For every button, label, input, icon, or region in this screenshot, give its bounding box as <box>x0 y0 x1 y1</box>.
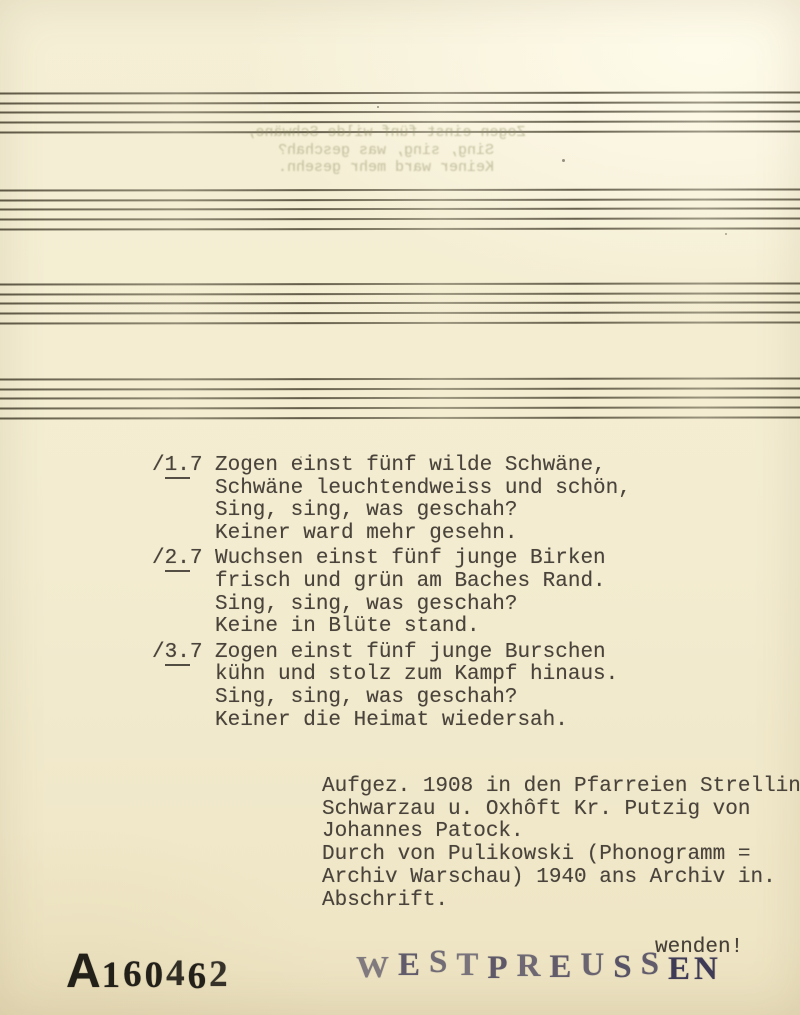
staff-line <box>0 111 800 114</box>
note-line: Archiv Warschau) 1940 ans Archiv in. <box>322 867 800 890</box>
archive-number-stamp: A160462 <box>66 944 231 999</box>
verse-line: Zogen einst fünf junge Burschen <box>215 642 618 665</box>
verse-line: Sing, sing, was geschah? <box>215 687 618 710</box>
verse-line: Sing, sing, was geschah? <box>215 594 606 617</box>
stamp-letter: E <box>398 947 429 984</box>
stamp-letter: R <box>517 948 550 985</box>
marker-close: 7 <box>190 454 203 477</box>
provenance-note: Aufgez. 1908 in den Pfarreien Strellin S… <box>322 776 800 912</box>
staff-line <box>0 198 800 201</box>
verse-1: /1.7 Zogen einst fünf wilde Schwäne, Sch… <box>152 455 631 545</box>
stamp-letter: 6 <box>188 955 210 998</box>
verse-line: Wuchsen einst fünf junge Birken <box>215 548 606 571</box>
paper-speck <box>300 456 302 458</box>
paper-speck <box>725 233 727 235</box>
stamp-letter: 2 <box>209 953 231 996</box>
staff-system <box>0 283 800 325</box>
stamp-letter: N <box>694 951 727 988</box>
verse-1-marker: /1.7 <box>152 455 215 478</box>
verse-2-marker: /2.7 <box>152 548 215 571</box>
bleedthrough-line: Keiner ward mehr gesehn. <box>168 159 604 177</box>
paper-speck <box>562 159 565 162</box>
note-line: Aufgez. 1908 in den Pfarreien Strellin <box>322 776 800 799</box>
note-line: Durch von Pulikowski (Phonogramm = <box>322 844 800 867</box>
note-line: Johannes Patock. <box>322 821 800 844</box>
stamp-letter: S <box>641 946 668 983</box>
marker-open: / <box>152 454 165 477</box>
staff-line <box>0 101 800 104</box>
marker-open: / <box>152 547 165 570</box>
stamp-letter: 0 <box>145 955 167 996</box>
staff-line <box>0 312 800 315</box>
staff-line <box>0 377 800 380</box>
bleedthrough-line: Sing, sing, was geschah? <box>168 142 604 160</box>
marker-number: 2. <box>165 547 190 572</box>
stamp-letter: E <box>668 951 694 988</box>
stamp-letter: 4 <box>166 952 188 995</box>
verse-line: kühn und stolz zum Kampf hinaus. <box>215 664 618 687</box>
stamp-letter: T <box>456 947 487 984</box>
stamp-letter: S <box>429 944 456 981</box>
staff-line <box>0 387 800 390</box>
verse-3: /3.7 Zogen einst fünf junge Burschen küh… <box>152 642 631 732</box>
verse-2-text: Wuchsen einst fünf junge Birken frisch u… <box>215 548 606 638</box>
marker-open: / <box>152 641 165 664</box>
verse-line: Sing, sing, was geschah? <box>215 500 631 523</box>
bleedthrough-line: Zogen einst fünf wilde Schwäne, <box>168 124 604 142</box>
staff-line <box>0 416 800 419</box>
staff-line <box>0 188 800 191</box>
staff-line <box>0 321 800 324</box>
verse-line: Keine in Blüte stand. <box>215 616 606 639</box>
verse-line: Zogen einst fünf wilde Schwäne, <box>215 455 631 478</box>
verse-line: frisch und grün am Baches Rand. <box>215 571 606 594</box>
stamp-letter: P <box>487 950 516 987</box>
staff-line <box>0 91 800 94</box>
westpreussen-stamp: WESTPREUSSEN <box>356 948 727 985</box>
staff-line <box>0 397 800 400</box>
verse-line: Keiner die Heimat wiedersah. <box>215 710 618 733</box>
bleedthrough-text: Zogen einst fünf wilde Schwäne, Sing, si… <box>168 124 604 177</box>
verse-3-text: Zogen einst fünf junge Burschen kühn und… <box>215 642 618 732</box>
staff-line <box>0 208 800 211</box>
paper-speck <box>377 106 379 108</box>
note-line: Schwarzau u. Oxhôft Kr. Putzig von <box>322 799 800 822</box>
verse-2: /2.7 Wuchsen einst fünf junge Birken fri… <box>152 548 631 638</box>
marker-number: 1. <box>165 454 190 479</box>
marker-close: 7 <box>190 547 203 570</box>
verse-3-marker: /3.7 <box>152 642 215 665</box>
marker-close: 7 <box>190 641 203 664</box>
stamp-letter: 6 <box>123 953 145 996</box>
song-verses: /1.7 Zogen einst fünf wilde Schwäne, Sch… <box>152 455 631 735</box>
stamp-letter: E <box>549 949 580 986</box>
staff-line <box>0 282 800 285</box>
stamp-letter: A <box>66 945 102 998</box>
staff-line <box>0 407 800 410</box>
verse-line: Keiner ward mehr gesehn. <box>215 523 631 546</box>
stamp-letter: 1 <box>102 955 124 996</box>
staff-line <box>0 121 800 124</box>
stamp-letter: W <box>356 951 398 985</box>
verse-line: Schwäne leuchtendweiss und schön, <box>215 478 631 501</box>
staff-line <box>0 227 800 230</box>
note-line: Abschrift. <box>322 890 800 913</box>
staff-system <box>0 189 800 231</box>
verse-1-text: Zogen einst fünf wilde Schwäne, Schwäne … <box>215 455 631 545</box>
staff-line <box>0 292 800 295</box>
scanned-page: Zogen einst fünf wilde Schwäne, Sing, si… <box>0 0 800 1015</box>
marker-number: 3. <box>165 641 190 666</box>
stamp-letter: S <box>613 949 640 986</box>
staff-line <box>0 302 800 305</box>
stamp-letter: U <box>580 947 613 984</box>
staff-system <box>0 378 800 420</box>
staff-line <box>0 218 800 221</box>
